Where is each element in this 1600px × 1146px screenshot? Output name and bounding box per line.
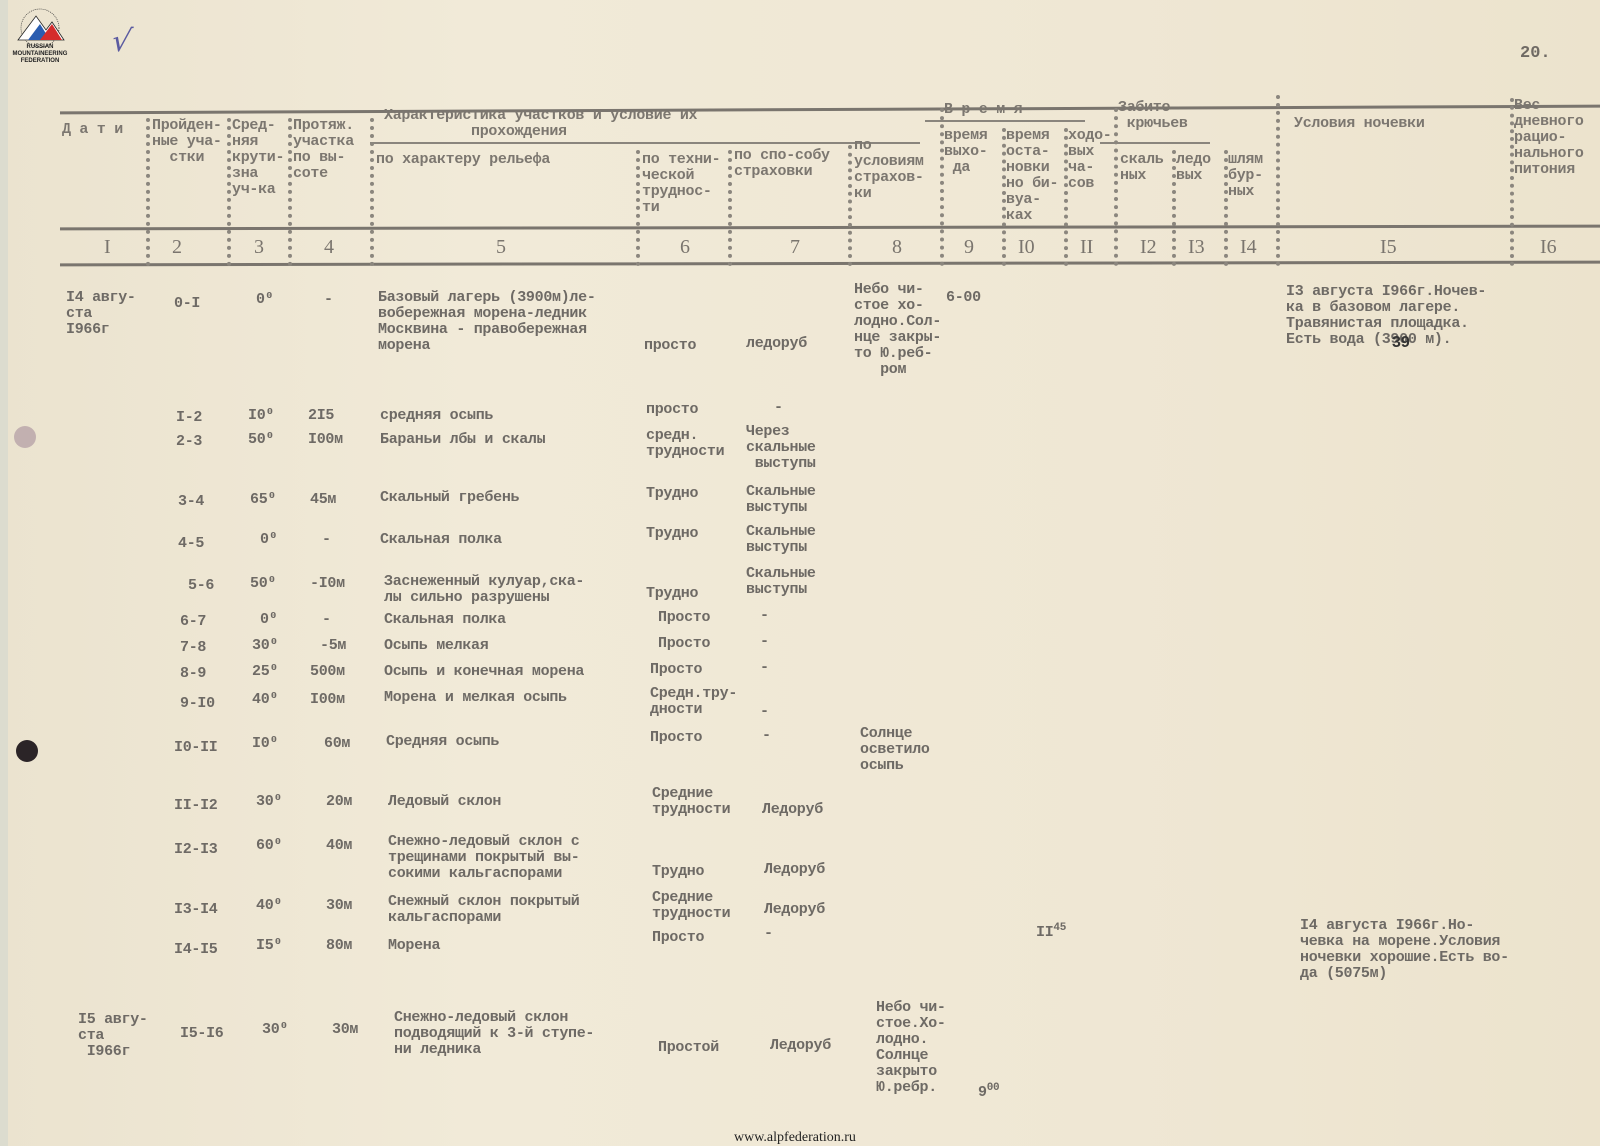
header-sub-rule <box>370 142 920 144</box>
check-mark: √ <box>109 24 134 59</box>
row-belay: - <box>774 400 783 416</box>
row-difficulty: просто <box>646 402 698 418</box>
header-ration-weight: Вес дневного рацио- нального питония <box>1514 98 1584 178</box>
row-difficulty: Трудно <box>646 486 698 502</box>
row-length: 45м <box>310 492 336 508</box>
header-characteristics-group: Характеристика участков и условие их про… <box>384 108 697 140</box>
row-start-time: 900 <box>978 1080 999 1101</box>
row-section: 3-4 <box>178 494 204 510</box>
row-section: II-I2 <box>174 798 218 814</box>
row-belay: - <box>760 634 769 650</box>
column-number: 9 <box>964 236 974 259</box>
row-belay: Ледоруб <box>770 1038 831 1054</box>
row-date: I4 авгу- ста I966г <box>66 290 136 338</box>
header-belay-method: по спо-собу страховки <box>734 148 830 180</box>
row-section: 9-I0 <box>180 696 215 712</box>
row-section: 6-7 <box>180 614 206 630</box>
row-steepness: 50⁰ <box>250 576 276 592</box>
column-number: 8 <box>892 236 902 259</box>
row-relief: Скальная полка <box>384 612 506 628</box>
row-difficulty: Просто <box>658 610 710 626</box>
mountain-icon <box>8 8 72 48</box>
punch-hole <box>14 426 36 448</box>
header-ice-hooks: ледо вых <box>1176 152 1211 184</box>
time-sub-rule <box>925 120 1085 122</box>
row-length: 80м <box>326 938 352 954</box>
row-length: I00м <box>308 432 343 448</box>
row-conditions: Небо чи- стое хо- лодно.Сол- нце закры- … <box>854 282 941 378</box>
column-number: I2 <box>1140 236 1157 259</box>
row-steepness: 30⁰ <box>252 638 278 654</box>
row-difficulty: Просто <box>652 930 704 946</box>
row-bivouac: I3 августа I966г.Ночев- ка в базовом лаг… <box>1286 284 1486 348</box>
column-number: 4 <box>324 236 334 259</box>
column-number: I <box>104 236 111 259</box>
row-difficulty: Средние трудности <box>652 786 730 818</box>
row-steepness: 40⁰ <box>256 898 282 914</box>
row-length: - <box>322 612 331 628</box>
row-belay: Скальные выступы <box>746 524 816 556</box>
header-time-group: В р е м я <box>944 102 1022 118</box>
row-steepness: 0⁰ <box>260 532 277 548</box>
row-section: I4-I5 <box>174 942 218 958</box>
row-section: I3-I4 <box>174 902 218 918</box>
row-steepness: 0⁰ <box>256 292 273 308</box>
row-difficulty: Просто <box>658 636 710 652</box>
stop-time-minutes: 45 <box>1053 922 1066 934</box>
row-relief: Осыпь мелкая <box>384 638 488 654</box>
column-number: I3 <box>1188 236 1205 259</box>
row-steepness: I0⁰ <box>252 736 278 752</box>
row-relief: Средняя осыпь <box>386 734 499 750</box>
row-section: 7-8 <box>180 640 206 656</box>
row-relief: Снежно-ледовый склон с трещинами покрыты… <box>388 834 579 882</box>
row-belay: ледоруб <box>746 336 807 352</box>
row-relief: Базовый лагерь (3900м)ле- вобережная мор… <box>378 290 596 354</box>
header-technical-difficulty: по техни- ческой труднос- ти <box>642 152 720 216</box>
row-difficulty: просто <box>644 338 696 354</box>
header-length: Протяж. участка по вы- соте <box>293 118 354 182</box>
logo-line: FEDERATION <box>8 58 72 65</box>
header-walking-hours: ходо- вых ча- сов <box>1068 128 1112 192</box>
row-length: 20м <box>326 794 352 810</box>
row-difficulty: Трудно <box>652 864 704 880</box>
row-length: 500м <box>310 664 345 680</box>
header-bolts: шлям бур- ных <box>1228 152 1263 200</box>
row-conditions: Небо чи- стое.Хо- лодно. Солнце закрыто … <box>876 1000 946 1096</box>
column-number: 2 <box>172 236 182 259</box>
row-belay: - <box>760 660 769 676</box>
start-time-hours: 9 <box>978 1084 987 1101</box>
row-difficulty: Средние трудности <box>652 890 730 922</box>
row-steepness: 30⁰ <box>262 1022 288 1038</box>
row-difficulty: Трудно <box>646 586 698 602</box>
row-difficulty: Средн.тру- дности <box>650 686 737 718</box>
page-number: 20. <box>1520 44 1551 63</box>
table-top-rule <box>60 105 1600 115</box>
column-number: 3 <box>254 236 264 259</box>
row-section: I0-II <box>174 740 218 756</box>
row-length: 30м <box>326 898 352 914</box>
row-length: -5м <box>320 638 346 654</box>
row-length: 40м <box>326 838 352 854</box>
header-stop-time: время оста- новки но би- вуа- ках <box>1006 128 1058 224</box>
row-length: 60м <box>324 736 350 752</box>
header-bivouac: Условия ночевки <box>1294 116 1425 132</box>
row-length: - <box>324 292 333 308</box>
footer-url[interactable]: www.alpfederation.ru <box>734 1130 856 1146</box>
row-date: I5 авгу- ста I966г <box>78 1012 148 1060</box>
row-difficulty: Трудно <box>646 526 698 542</box>
header-hooks-group: Забито крючьев <box>1118 100 1188 132</box>
row-section: 0-I <box>174 296 200 312</box>
row-relief: Снежный склон покрытый кальгаспорами <box>388 894 579 926</box>
row-relief: средняя осыпь <box>380 408 493 424</box>
row-length: I00м <box>310 692 345 708</box>
column-number: I5 <box>1380 236 1397 259</box>
stop-time-hours: II <box>1036 924 1053 941</box>
row-start-time: 6-00 <box>946 290 981 306</box>
row-section: I5-I6 <box>180 1026 224 1042</box>
row-stop-time: II45 <box>1036 920 1066 941</box>
federation-logo: RUSSIAN MOUNTAINEERING FEDERATION <box>8 8 72 60</box>
row-steepness: 25⁰ <box>252 664 278 680</box>
column-number: I4 <box>1240 236 1257 259</box>
row-belay: - <box>762 728 771 744</box>
column-number: 6 <box>680 236 690 259</box>
column-number: II <box>1080 236 1093 259</box>
row-difficulty: Просто <box>650 730 702 746</box>
row-belay: - <box>760 704 769 720</box>
row-length: - <box>322 532 331 548</box>
header-rock-hooks: скаль ных <box>1120 152 1164 184</box>
column-number: 5 <box>496 236 506 259</box>
column-number: I0 <box>1018 236 1035 259</box>
row-belay: Ледоруб <box>762 802 823 818</box>
row-difficulty: Простой <box>658 1040 719 1056</box>
row-steepness: 50⁰ <box>248 432 274 448</box>
header-steepness: Сред- няя крути- зна уч-ка <box>232 118 284 198</box>
column-divider <box>1276 95 1284 266</box>
row-steepness: 65⁰ <box>250 492 276 508</box>
row-steepness: 0⁰ <box>260 612 277 628</box>
row-length: -I0м <box>310 576 345 592</box>
row-steepness: 40⁰ <box>252 692 278 708</box>
header-relief: по характеру рельефа <box>376 152 550 168</box>
row-belay: - <box>760 608 769 624</box>
row-steepness: I5⁰ <box>256 938 282 954</box>
row-section: I-2 <box>176 410 202 426</box>
row-belay: Ледоруб <box>764 862 825 878</box>
row-relief: Бараньи лбы и скалы <box>380 432 545 448</box>
row-section: 8-9 <box>180 666 206 682</box>
column-divider <box>370 118 378 266</box>
handwritten-correction: 39 <box>1392 334 1410 352</box>
column-number: 7 <box>790 236 800 259</box>
row-belay: Скальные выступы <box>746 484 816 516</box>
row-steepness: 30⁰ <box>256 794 282 810</box>
row-belay: - <box>764 926 773 942</box>
row-relief: Осыпь и конечная морена <box>384 664 584 680</box>
row-section: 5-6 <box>188 578 214 594</box>
row-section: I2-I3 <box>174 842 218 858</box>
row-belay: Ледоруб <box>764 902 825 918</box>
row-difficulty: средн. трудности <box>646 428 724 460</box>
header-belay-conditions: по условиям страхов- ки <box>854 138 924 202</box>
row-steepness: 60⁰ <box>256 838 282 854</box>
row-belay: Скальные выступы <box>746 566 816 598</box>
row-length: 30м <box>332 1022 358 1038</box>
header-dates: Д а т и <box>62 122 123 138</box>
row-conditions: Солнце осветило осыпь <box>860 726 930 774</box>
header-sections: Пройден- ные уча- стки <box>152 118 222 166</box>
start-time-minutes: 00 <box>987 1082 1000 1094</box>
row-relief: Скальная полка <box>380 532 502 548</box>
row-relief: Скальный гребень <box>380 490 519 506</box>
row-bivouac: I4 августа I966г.Но- чевка на морене.Усл… <box>1300 918 1509 982</box>
logo-line: RUSSIAN <box>8 44 72 51</box>
row-relief: Морена <box>388 938 440 954</box>
row-belay: Через скальные выступы <box>746 424 816 472</box>
page-edge <box>0 0 8 1146</box>
row-relief: Заснеженный кулуар,ска- лы сильно разруш… <box>384 574 584 606</box>
column-number: I6 <box>1540 236 1557 259</box>
row-section: 4-5 <box>178 536 204 552</box>
row-section: 2-3 <box>176 434 202 450</box>
row-steepness: I0⁰ <box>248 408 274 424</box>
row-length: 2I5 <box>308 408 334 424</box>
logo-line: MOUNTAINEERING <box>8 51 72 58</box>
row-relief: Снежно-ледовый склон подводящий к 3-й ст… <box>394 1010 594 1058</box>
row-relief: Морена и мелкая осыпь <box>384 690 567 706</box>
header-start-time: время выхо- да <box>944 128 988 176</box>
punch-hole <box>16 740 38 762</box>
row-difficulty: Просто <box>650 662 702 678</box>
row-relief: Ледовый склон <box>388 794 501 810</box>
